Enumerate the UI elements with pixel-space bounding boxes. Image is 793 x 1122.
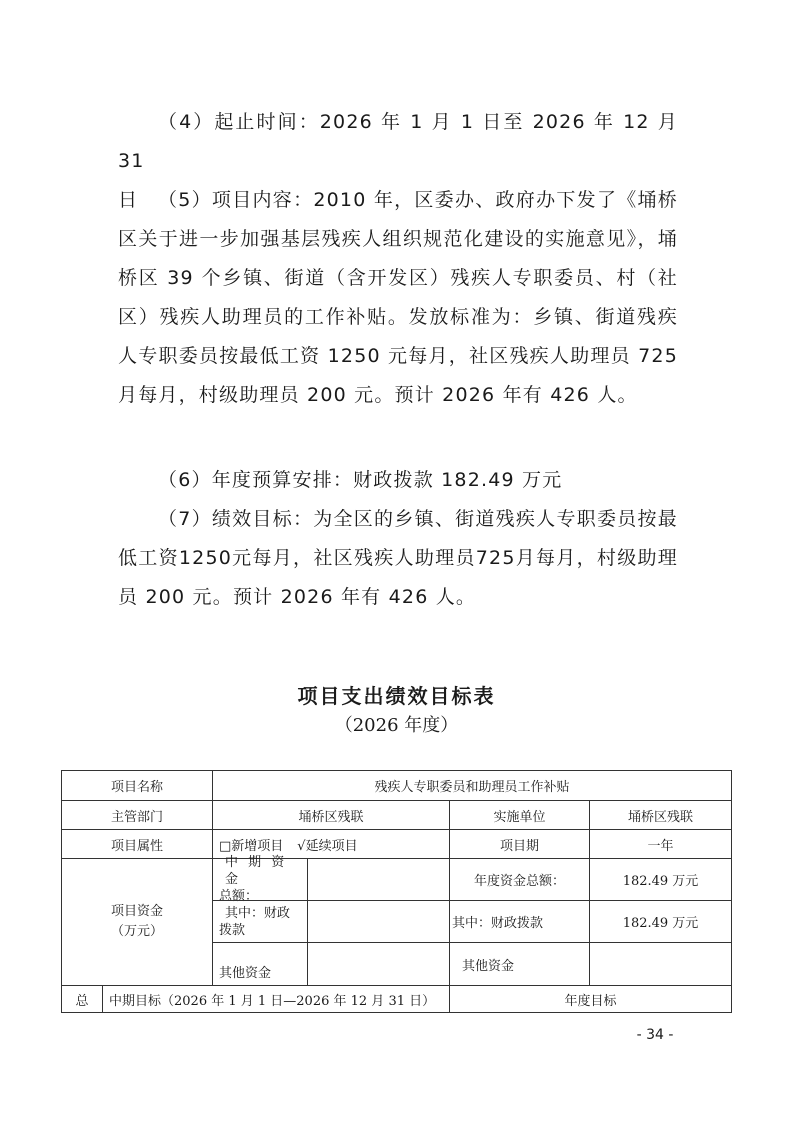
paragraph-7: （7）绩效目标：为全区的乡镇、街道残疾人专职委员按最低工资1250元每月，社区残… [118,500,678,617]
impl-label: 实施单位 [449,800,590,830]
performance-goal-table: 项目名称 残疾人专职委员和助理员工作补贴 主管部门 埇桥区残联 实施单位 埇桥区… [61,770,732,1013]
mid-fiscal-label: 其中：财政 拨款 [212,900,308,943]
annual-fiscal-label: 其中：财政拨款 [449,900,590,943]
paragraph-6: （6）年度预算安排：财政拨款 182.49 万元 [118,461,678,500]
mid-fiscal-line2: 拨款 [219,922,245,939]
continued-project-checkbox: √延续项目 [297,835,357,854]
period-value: 一年 [589,829,732,859]
dept-value: 埇桥区残联 [212,800,450,830]
project-name-value: 残疾人专职委员和助理员工作补贴 [212,770,732,801]
impl-value: 埇桥区残联 [589,800,732,830]
annual-fiscal-value: 182.49 万元 [589,900,732,943]
attr-label: 项目属性 [61,829,213,859]
mid-total-label: 中 期 资 金 总额： [212,858,308,901]
funds-label-line1: 项目资金 [111,902,163,922]
annual-total-label: 年度资金总额： [449,858,590,901]
mid-total-line1: 中 期 资 金 [219,854,307,888]
mid-total-value [307,858,450,901]
table-title: 项目支出绩效目标表 [0,680,793,709]
paragraph-5: （5）项目内容：2010 年，区委办、政府办下发了《埇桥区关于进一步加强基层残疾… [118,181,678,415]
annual-goal-label: 年度目标 [449,985,732,1013]
new-project-checkbox: □新增项目 [219,835,283,854]
period-label: 项目期 [449,829,590,859]
page-number: - 34 - [620,1027,690,1043]
mid-fiscal-line1: 其中：财政 [219,905,290,922]
dept-label: 主管部门 [61,800,213,830]
mid-goal-label: 中期目标（2026 年 1 月 1 日—2026 年 12 月 31 日） [102,985,450,1013]
annual-other-label: 其他资金 [449,942,590,986]
mid-other-value [307,942,450,986]
total-label: 总 [61,985,103,1013]
annual-total-value: 182.49 万元 [589,858,732,901]
project-name-label: 项目名称 [61,770,213,801]
mid-fiscal-value [307,900,450,943]
funds-label: 项目资金 （万元） [61,858,213,986]
annual-other-value [589,942,732,986]
table-subtitle: （2026 年度） [0,711,793,737]
mid-other-label: 其他资金 [212,942,308,986]
funds-label-line2: （万元） [111,922,163,942]
paragraph-4-line1: （4）起止时间：2026 年 1 月 1 日至 2026 年 12 月 31 [118,103,678,181]
